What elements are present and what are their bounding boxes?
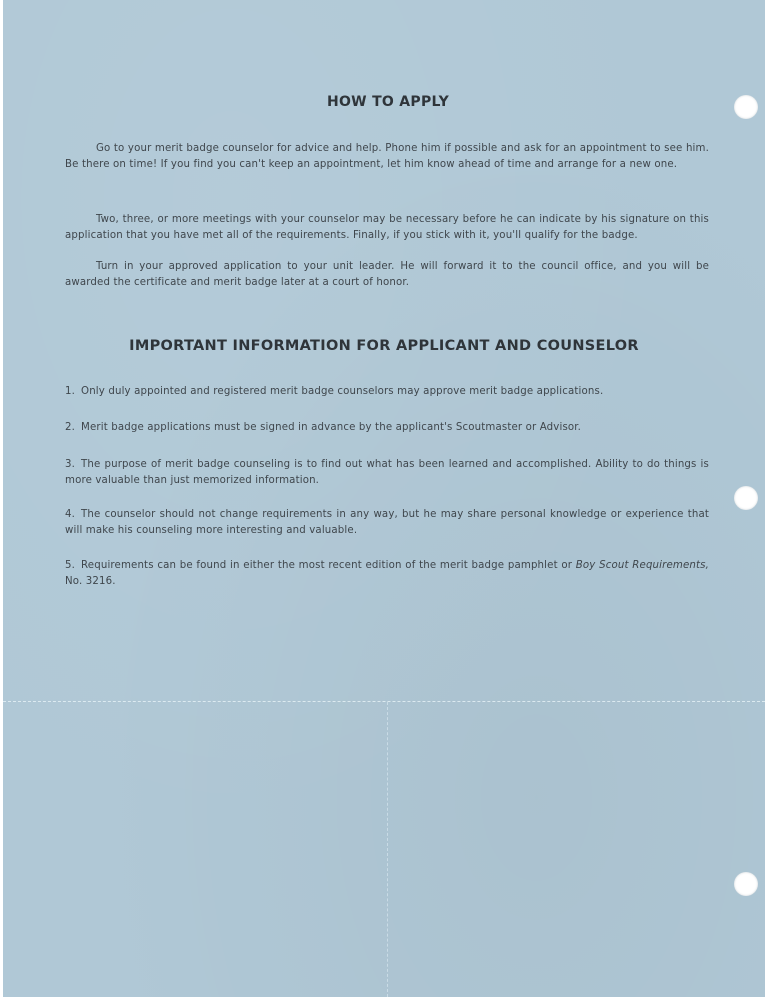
bleed-through-text: ​ [143, 52, 633, 72]
how-to-apply-paragraph-3: Turn in your approved application to you… [65, 259, 709, 290]
info-item-2: 2.Merit badge applications must be signe… [65, 420, 709, 436]
binder-hole-bottom [734, 872, 758, 896]
binder-hole-top [734, 95, 758, 119]
info-item-1: 1.Only duly appointed and registered mer… [65, 384, 709, 400]
how-to-apply-paragraph-2: Two, three, or more meetings with your c… [65, 212, 709, 243]
document-page: ​ HOW TO APPLY Go to your merit badge co… [3, 0, 765, 997]
vertical-perforation-line [387, 702, 388, 997]
info-item-3: 3.The purpose of merit badge counseling … [65, 457, 709, 489]
important-information-heading: IMPORTANT INFORMATION FOR APPLICANT AND … [3, 338, 765, 354]
info-item-4: 4.The counselor should not change requir… [65, 507, 709, 539]
binder-hole-middle [734, 486, 758, 510]
how-to-apply-paragraph-1: Go to your merit badge counselor for adv… [65, 141, 709, 172]
publication-title: Boy Scout Requirements, [576, 560, 709, 571]
info-item-5: 5.Requirements can be found in either th… [65, 558, 709, 590]
how-to-apply-heading: HOW TO APPLY [3, 94, 769, 110]
horizontal-perforation-line [3, 701, 765, 702]
